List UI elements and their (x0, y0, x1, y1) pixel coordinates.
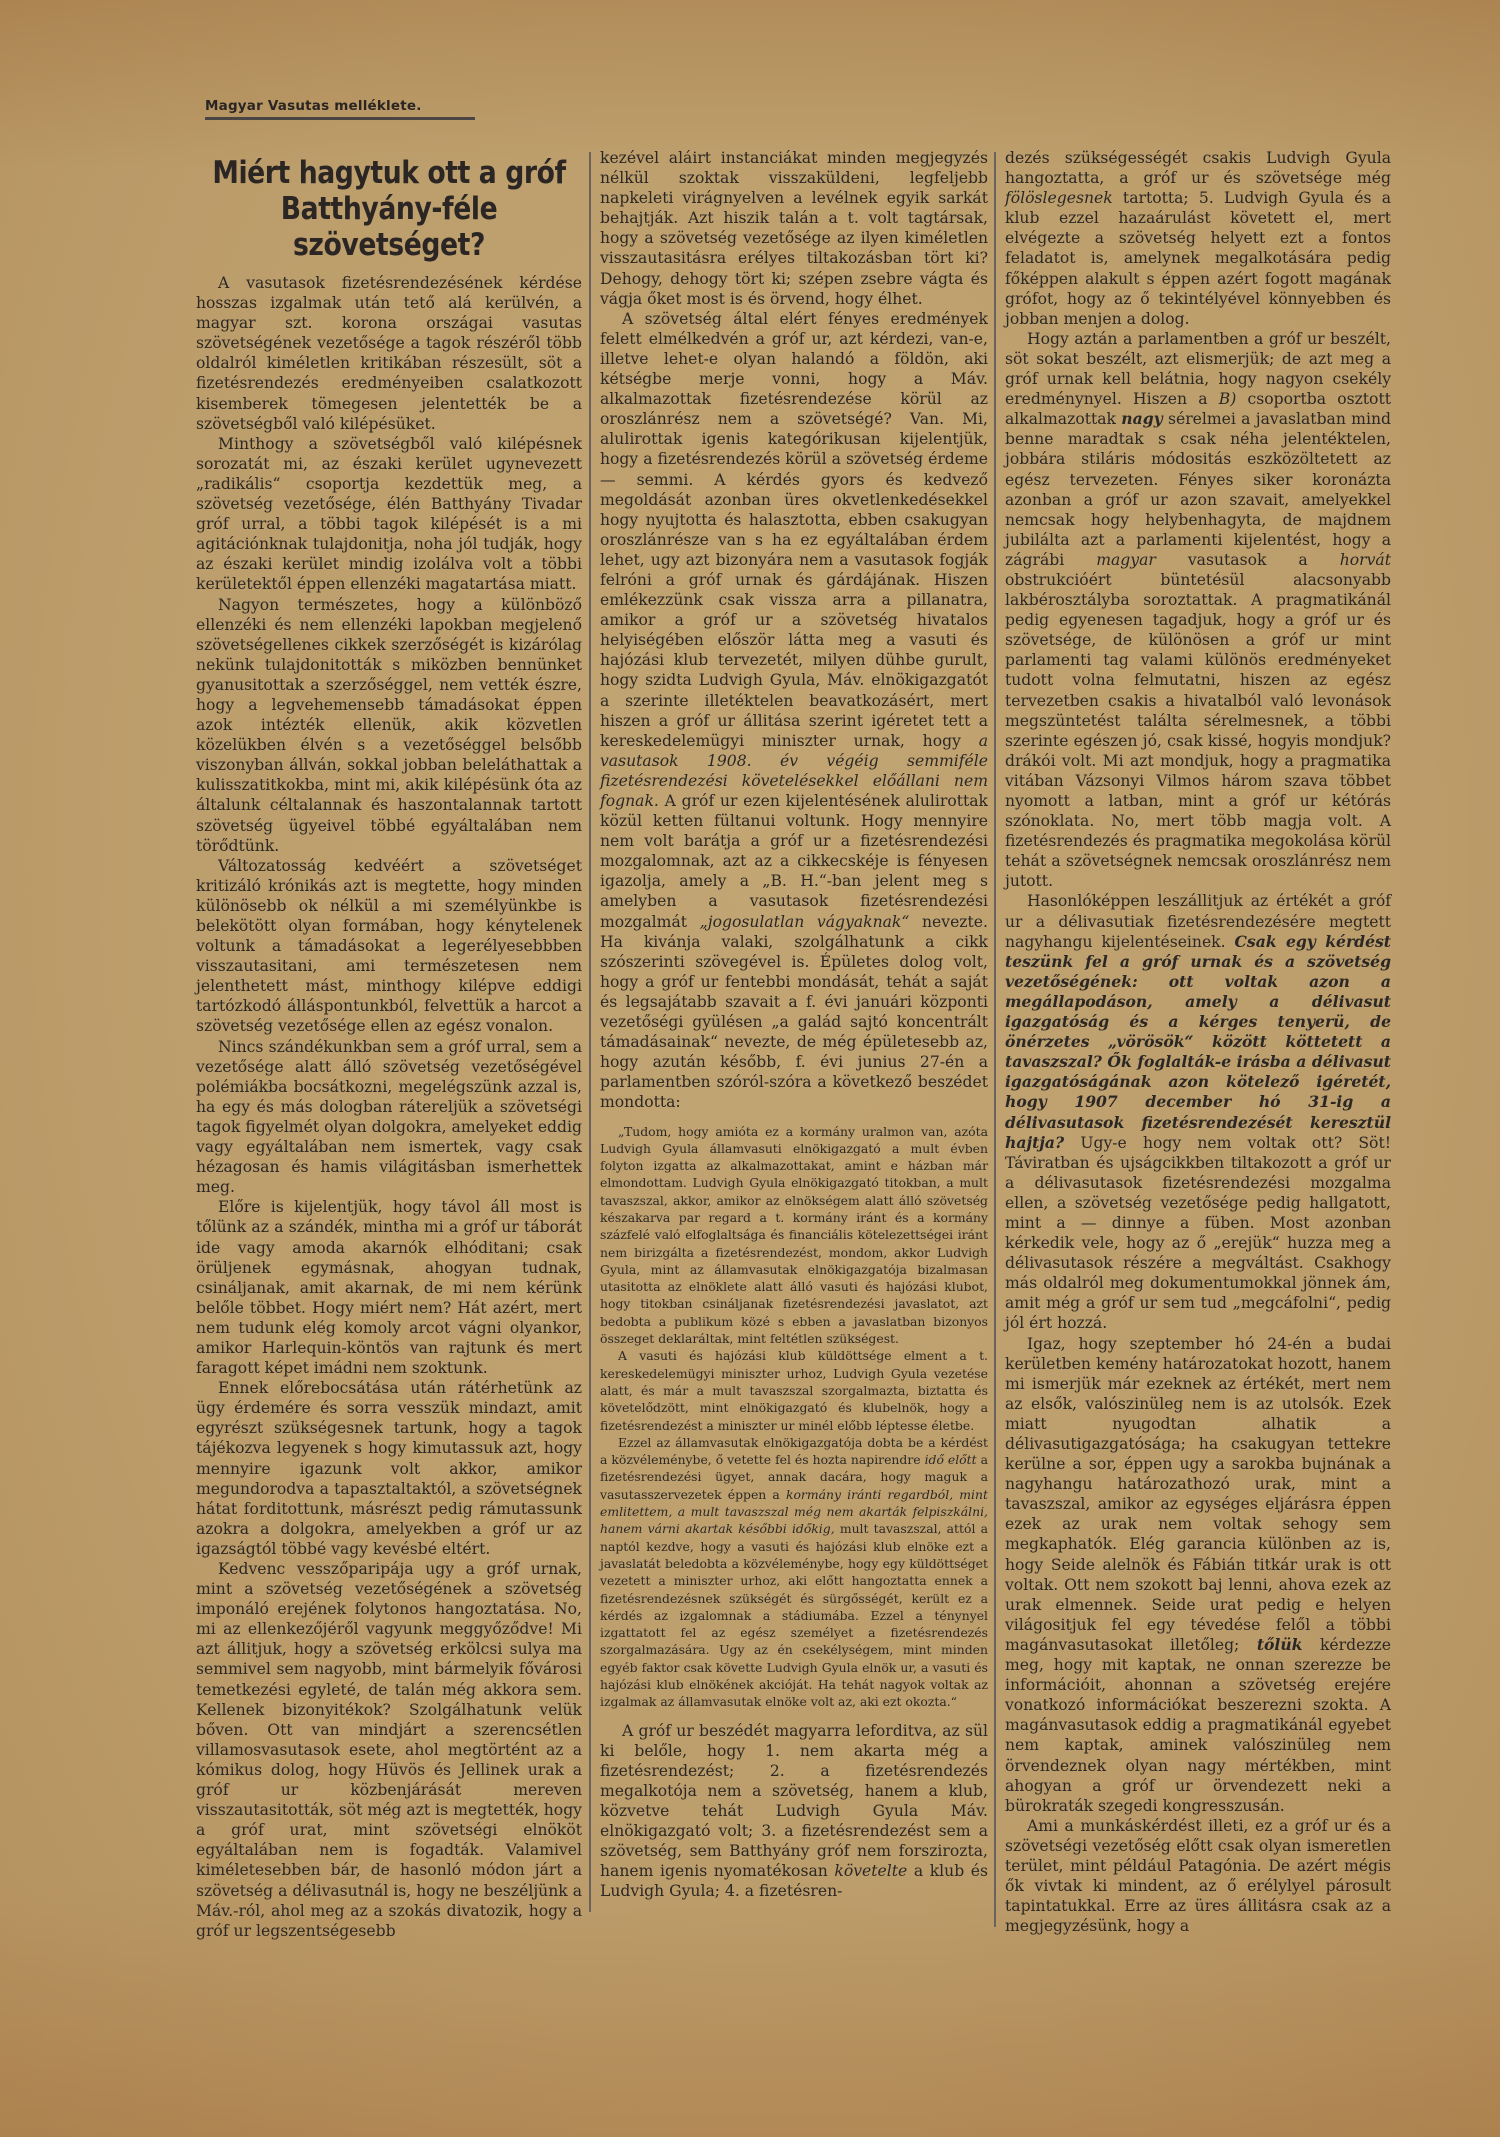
column-divider (589, 152, 591, 1912)
text-run: tartotta; 5. Ludvigh Gyula és a klub ezz… (1005, 189, 1391, 328)
text-run: sérelmei a javaslatban mind benne maradt… (1005, 410, 1391, 569)
paragraph: Hogy aztán a parlamentben a gróf ur besz… (1005, 329, 1391, 892)
column-1: Miért hagytuk ott a gróf Batthyány-féle … (196, 155, 582, 1941)
italic-run: követelte (834, 1862, 907, 1880)
paragraph: A gróf ur beszédét magyarra leforditva, … (600, 1721, 988, 1902)
paragraph: Nincs szándékunkban sem a gróf urral, se… (196, 1037, 582, 1198)
text-run: A gróf ur beszédét magyarra leforditva, … (600, 1722, 988, 1881)
bold-italic-run: Csak egy kérdést teszünk fel a gróf urna… (1005, 932, 1391, 1152)
paragraph: Igaz, hogy szeptember hó 24-én a budai k… (1005, 1334, 1391, 1816)
paragraph: Előre is kijelentjük, hogy távol áll mos… (196, 1197, 582, 1378)
paragraph: Hasonlóképpen leszállitjuk az értékét a … (1005, 891, 1391, 1333)
paragraph: Minthogy a szövetségből való kilépésnek … (196, 434, 582, 595)
paragraph: Ami a munkáskérdést illeti, ez a gróf ur… (1005, 1816, 1391, 1937)
text-run: Igaz, hogy szeptember hó 24-én a budai k… (1005, 1335, 1391, 1654)
paragraph: A szövetség által elért fényes eredménye… (600, 309, 988, 1113)
bold-italic-run: tőlük (1257, 1635, 1303, 1654)
paragraph: Kedvenc vesszőparipája ugy a gróf urnak,… (196, 1559, 582, 1941)
title-line-2: Batthyány-féle szövetséget? (200, 191, 578, 263)
italic-run: B) (1219, 390, 1237, 408)
quote-paragraph: „Tudom, hogy amióta ez a kormány uralmon… (600, 1123, 988, 1348)
column-divider (994, 152, 996, 1927)
italic-run: horvát (1340, 551, 1391, 569)
column-3: dezés szükségességét csakis Ludvigh Gyul… (1005, 148, 1391, 1936)
quote-paragraph: A vasuti és hajózási klub küldöttsége el… (600, 1347, 988, 1433)
text-run: A gróf ur ezen kijelentésének alulirotta… (600, 792, 988, 931)
italic-run: fölöslegesnek (1005, 189, 1113, 207)
article-title: Miért hagytuk ott a gróf Batthyány-féle … (200, 155, 578, 263)
italic-run: magyar (1096, 551, 1156, 569)
paragraph: Változatosság kedvéért a szövetséget kri… (196, 856, 582, 1037)
text-run: A szövetség által elért fényes eredménye… (600, 310, 988, 750)
paragraph: A vasutasok fizetésrendezésének kérdése … (196, 273, 582, 434)
column-2: kezével aláirt instanciákat minden megje… (600, 148, 988, 1901)
text-run: obstrukcióért büntetésül alacsonyabb lak… (1005, 571, 1391, 890)
quoted-speech: „Tudom, hogy amióta ez a kormány uralmon… (600, 1123, 988, 1711)
text-run: nevezte. Ha kivánja valaki, szolgálhatun… (600, 913, 988, 1112)
paragraph: Ennek előrebocsátása után rátérhetünk az… (196, 1378, 582, 1559)
supplement-header: Magyar Vasutas melléklete. (205, 98, 475, 120)
italic-run: idő előtt (925, 1452, 977, 1467)
text-run: dezés szükségességét csakis Ludvigh Gyul… (1005, 149, 1391, 187)
text-run: Ugy-e hogy nem voltak ott? Söt! Táviratb… (1005, 1134, 1391, 1333)
text-run: vasutasok a (1188, 551, 1308, 569)
paragraph: kezével aláirt instanciákat minden megje… (600, 148, 988, 309)
newspaper-page: Magyar Vasutas melléklete. Miért hagytuk… (0, 0, 1500, 2137)
text-run: mult tavaszszal, attól a naptól kezdve, … (600, 1521, 988, 1709)
bold-italic-run: nagy (1121, 409, 1162, 428)
text-run: kérdezze meg, hogy mit kaptak, ne onnan … (1005, 1636, 1391, 1815)
italic-run: „jogosulatlan vágyaknak“ (700, 913, 910, 931)
paragraph: dezés szükségességét csakis Ludvigh Gyul… (1005, 148, 1391, 329)
quote-paragraph: Ezzel az államvasutak elnökigazgatója do… (600, 1434, 988, 1711)
paragraph: Nagyon természetes, hogy a különböző ell… (196, 595, 582, 856)
title-line-1: Miért hagytuk ott a gróf (200, 155, 578, 191)
